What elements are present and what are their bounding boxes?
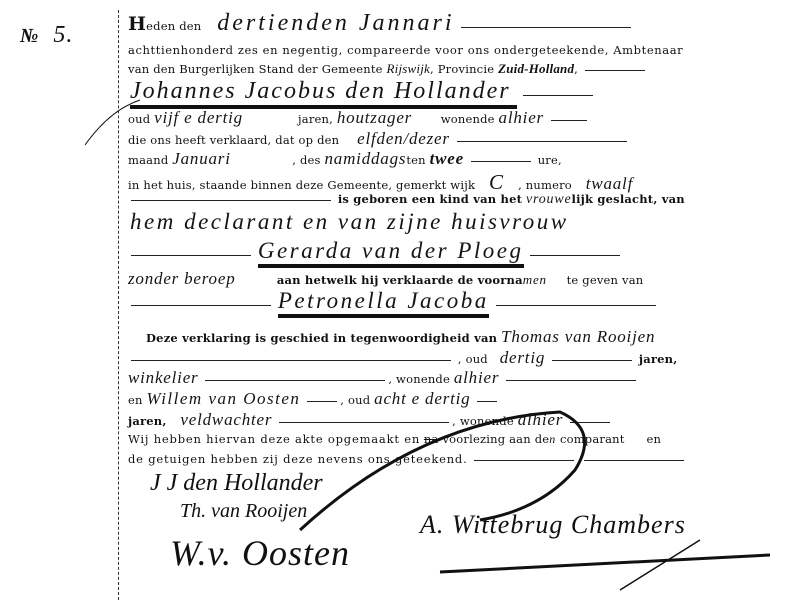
printed-text: jaren, xyxy=(298,112,333,126)
printed-text: , oud xyxy=(340,393,370,407)
printed-text: Wij hebben hiervan deze akte opgemaakt e… xyxy=(128,432,420,446)
fill-line xyxy=(570,422,610,423)
underline-stroke xyxy=(440,555,770,572)
number-label: № xyxy=(20,25,39,47)
fill-line xyxy=(307,401,337,402)
fill-line xyxy=(496,305,656,306)
line-13: Petronella Jacoba xyxy=(128,288,659,318)
printed-text: lijk geslacht, van xyxy=(572,192,685,206)
witness1-name: Thomas van Rooijen xyxy=(501,327,655,347)
fill-line xyxy=(131,360,451,361)
fill-line xyxy=(585,70,645,71)
birth-daypart: namiddags xyxy=(325,149,407,169)
fill-line xyxy=(461,27,631,28)
declarant-age: vijf e dertig xyxy=(154,108,294,128)
printed-text: oud xyxy=(128,112,150,126)
line-15: , oud dertig jaren, xyxy=(128,348,677,368)
signature-witness2: W.v. Oosten xyxy=(170,532,350,574)
municipality: Rijswijk xyxy=(387,61,431,76)
fill-line xyxy=(551,120,587,121)
printed-text: , oud xyxy=(458,352,488,366)
printed-text: in het huis, staande binnen deze Gemeent… xyxy=(128,178,475,192)
name-suffix: men xyxy=(523,272,563,288)
mother-name: Gerarda van der Ploeg xyxy=(258,238,524,268)
line-4: Johannes Jacobus den Hollander xyxy=(130,78,596,109)
printed-text: van den Burgerlijken Stand der Gemeente xyxy=(128,62,383,76)
printed-text: wonende xyxy=(441,112,495,126)
witness1-age: dertig xyxy=(500,348,545,368)
printed-text: achttienhonderd zes en negentig, compare… xyxy=(128,43,683,57)
line-12: zonder beroep aan hetwelk hij verklaarde… xyxy=(128,269,643,289)
mother-relation: hem declarant en van zijne huisvrouw xyxy=(130,209,569,235)
printed-text: comparant xyxy=(560,432,625,446)
fill-line xyxy=(477,401,497,402)
fill-line xyxy=(457,141,627,142)
fill-line xyxy=(131,200,331,201)
fill-line xyxy=(205,380,385,381)
fill-line xyxy=(584,460,684,461)
margin-rule xyxy=(118,10,119,600)
line-20: de getuigen hebben zij deze nevens ons g… xyxy=(128,452,687,466)
printed-text: , wonende xyxy=(452,414,514,428)
child-sex: vrouwe xyxy=(526,192,572,208)
printed-text: ten xyxy=(406,153,425,167)
struck-text: na xyxy=(424,432,439,446)
printed-text: jaren, xyxy=(128,414,167,428)
line-3: van den Burgerlijken Stand der Gemeente … xyxy=(128,61,648,77)
fill-line xyxy=(552,360,632,361)
initial-H: H xyxy=(128,13,146,35)
line-18: jaren, veldwachter , wonende alhier xyxy=(128,410,613,430)
line-10: hem declarant en van zijne huisvrouw xyxy=(130,209,569,235)
line-5: oud vijf e dertig jaren, houtzager wonen… xyxy=(128,108,590,128)
printed-text: is geboren een kind van het xyxy=(338,192,522,206)
signature-official: A. Wittebrug Chambers xyxy=(420,510,686,540)
printed-text: , wonende xyxy=(388,372,450,386)
birth-day: elfden/dezer xyxy=(357,129,450,149)
fill-line xyxy=(474,460,574,461)
printed-text: maand xyxy=(128,153,168,167)
printed-text: jaren, xyxy=(639,352,678,366)
fill-line xyxy=(523,95,593,96)
province: Zuid-Holland xyxy=(498,61,574,76)
printed-text: ure, xyxy=(538,153,562,167)
witness2-occupation: veldwachter xyxy=(180,410,272,430)
printed-text: en xyxy=(646,432,661,446)
line-9: is geboren een kind van het vrouwelijk g… xyxy=(128,192,685,208)
printed-text: , xyxy=(574,62,578,76)
line-19: Wij hebben hiervan deze akte opgemaakt e… xyxy=(128,432,661,447)
printed-text: die ons heeft verklaard, dat op den xyxy=(128,133,339,147)
line-1: Heden den dertienden Jannari xyxy=(128,10,634,37)
fill-line xyxy=(506,380,636,381)
printed-text: en xyxy=(128,393,143,407)
fill-line xyxy=(131,255,251,256)
mother-occupation: zonder beroep xyxy=(128,269,273,289)
line-11: Gerarda van der Ploeg xyxy=(128,238,623,268)
line-7: maand Januari, des namiddagsten twee ure… xyxy=(128,149,562,169)
printed-text: eden den xyxy=(146,19,201,33)
line-16: winkelier , wonende alhier xyxy=(128,368,639,388)
printed-text: , Provincie xyxy=(430,62,494,76)
signature-witness1: Th. van Rooijen xyxy=(180,500,307,523)
line-14: Deze verklaring is geschied in tegenwoor… xyxy=(146,327,655,347)
line-2: achttienhonderd zes en negentig, compare… xyxy=(128,43,683,57)
printed-text: , des xyxy=(292,153,320,167)
line-17: en Willem van Oosten , oud acht e dertig xyxy=(128,389,500,409)
fill-line xyxy=(279,422,449,423)
printed-text: voorlezing aan de xyxy=(442,432,549,446)
record-number: №5. xyxy=(20,22,73,49)
fill-line xyxy=(131,305,271,306)
birth-hour: twee xyxy=(430,149,464,169)
witness1-occupation: winkelier xyxy=(128,368,198,388)
birth-month: Januari xyxy=(172,149,292,169)
inserted-letter: n xyxy=(549,432,556,447)
fill-line xyxy=(471,161,531,162)
printed-text: Deze verklaring is geschied in tegenwoor… xyxy=(146,331,497,345)
line-6: die ons heeft verklaard, dat op den elfd… xyxy=(128,129,630,149)
declarant-name: Johannes Jacobus den Hollander xyxy=(130,78,517,109)
declarant-residence: alhier xyxy=(499,108,544,128)
declarant-occupation: houtzager xyxy=(337,108,437,128)
child-name: Petronella Jacoba xyxy=(278,288,489,318)
house-number: twaalf xyxy=(586,174,633,194)
witness2-name: Willem van Oosten xyxy=(146,389,300,409)
printed-text: aan hetwelk hij verklaarde de voorna xyxy=(277,273,523,287)
printed-text: de getuigen hebben zij deze nevens ons g… xyxy=(128,452,468,466)
tail-stroke xyxy=(620,540,700,590)
witness2-age: acht e dertig xyxy=(374,389,470,409)
fill-line xyxy=(530,255,620,256)
printed-text: te geven van xyxy=(567,273,644,287)
printed-text: , numero xyxy=(518,178,572,192)
handwritten-date: dertienden Jannari xyxy=(217,10,454,37)
witness2-residence: alhier xyxy=(518,410,563,430)
number-value: 5. xyxy=(53,22,73,48)
signature-declarant: J J den Hollander xyxy=(150,470,323,497)
witness1-residence: alhier xyxy=(454,368,499,388)
